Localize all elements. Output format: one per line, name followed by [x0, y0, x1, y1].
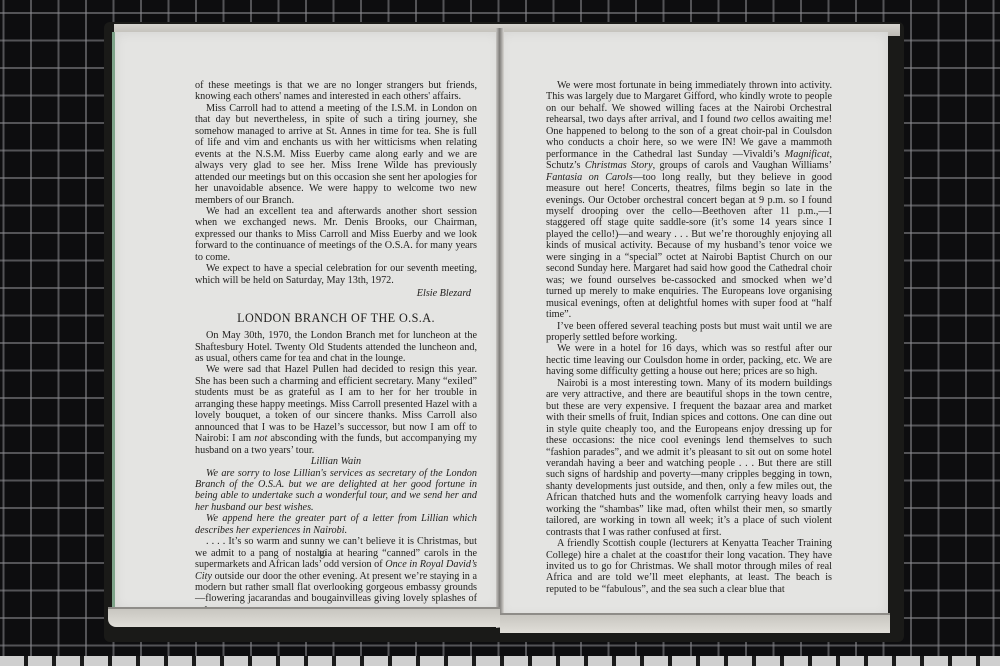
- left-page: of these meetings is that we are no long…: [112, 32, 500, 610]
- right-page-body: We were most fortunate in being immediat…: [546, 80, 832, 595]
- text-run: outside our door the other evening. At p…: [195, 571, 477, 610]
- paragraph: We had an excellent tea and afterwards a…: [195, 206, 477, 263]
- paragraph: Nairobi is a most interesting town. Many…: [546, 378, 832, 538]
- scanner-edge-tabs: [0, 656, 1000, 666]
- paragraph: I’ve been offered several teaching posts…: [546, 321, 832, 344]
- paragraph: We were in a hotel for 16 days, which wa…: [546, 343, 832, 377]
- paragraph: A friendly Scottish couple (lecturers at…: [546, 538, 832, 595]
- paragraph: On May 30th, 1970, the London Branch met…: [195, 330, 477, 364]
- italic-run: Christmas Story: [585, 160, 653, 171]
- page-number: 11: [683, 550, 691, 560]
- letter-paragraph: . . . . It’s so warm and sunny we can’t …: [195, 536, 477, 610]
- left-page-body: of these meetings is that we are no long…: [195, 80, 477, 610]
- signature-lillian-wain: Lillian Wain: [195, 456, 477, 467]
- editorial-note: We are sorry to lose Lillian's services …: [195, 468, 477, 514]
- paragraph: We expect to have a special celebration …: [195, 263, 477, 286]
- section-heading: LONDON BRANCH OF THE O.S.A.: [195, 313, 477, 324]
- italic-run: Fantasia on Carols: [546, 172, 633, 183]
- text-run: —too long really, but they believe in go…: [546, 172, 832, 320]
- paragraph: of these meetings is that we are no long…: [195, 80, 477, 103]
- right-page-bottom-edge: [500, 613, 890, 633]
- italic-run: two: [733, 114, 748, 125]
- editorial-note: We append here the greater part of a let…: [195, 513, 477, 536]
- page-number: 10: [318, 548, 327, 558]
- right-page: We were most fortunate in being immediat…: [500, 32, 888, 617]
- paragraph: We were sad that Hazel Pullen had decide…: [195, 364, 477, 456]
- left-page-bottom-edge: [108, 607, 500, 627]
- paragraph: Miss Carroll had to attend a meeting of …: [195, 103, 477, 206]
- text-run: , groups of carols and Vaughan Williams’: [653, 160, 832, 171]
- paragraph: We were most fortunate in being immediat…: [546, 80, 832, 321]
- italic-run: not: [254, 433, 267, 444]
- italic-run: Magnificat: [785, 149, 830, 160]
- book-gutter: [496, 28, 504, 628]
- signature-elsie-blezard: Elsie Blezard: [195, 288, 471, 299]
